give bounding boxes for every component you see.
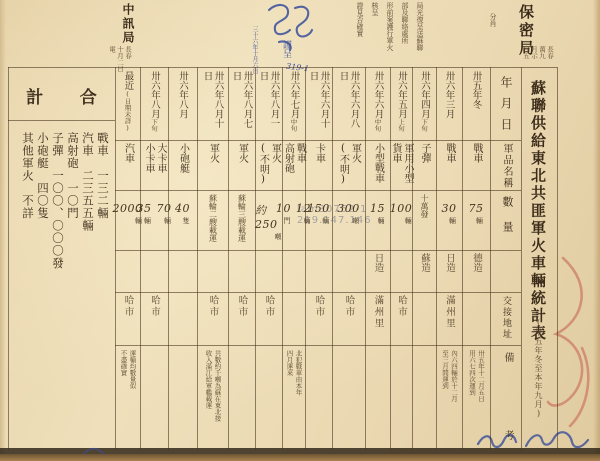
qty-group: 100輛 [390, 194, 413, 248]
date-text: 卅六年七月中旬 [288, 71, 300, 137]
remark-text: 共數約千噸為蘇在東北接 收入滿江給軍艦載運 [204, 350, 222, 448]
qty-group: 約250噸 [255, 194, 282, 248]
cell-qty-3: 100輛 [390, 194, 412, 248]
cell-qty-13: 2000輛 [115, 194, 140, 248]
cell-item-8: 軍火 (不明) [255, 143, 282, 188]
date-text: 卅六年八月下旬 [148, 71, 160, 137]
cell-item-1: 戰車 [436, 143, 462, 188]
cell-origin-1: 日造 [436, 253, 462, 290]
cell-qty-0: 75輛 [462, 194, 490, 248]
grid-vline [490, 67, 491, 450]
location-text: 哈市 [121, 295, 135, 343]
item-text: 軍火 [207, 143, 219, 188]
qty-number: 30輛 [442, 202, 457, 226]
grid-hline [115, 345, 521, 346]
document-title: 蘇聯供給東北共匪軍火車輛統計表 [528, 80, 549, 343]
cell-date-5: 卅六年六月八日 [332, 71, 365, 137]
cell-item-10: 軍火 [197, 143, 228, 188]
grid-vline [521, 67, 522, 450]
date-sub-text: 下旬 [420, 119, 428, 132]
cell-item-9: 軍火 [228, 143, 255, 188]
date-text: 卅六年六月十日 [308, 71, 330, 137]
cell-qty-7: 12輛10門 [282, 194, 305, 248]
cell-date-4: 卅六年六月中旬 [365, 71, 390, 137]
item-text: 戰車 高射砲 [282, 143, 306, 188]
qty-group: 75輛 [469, 194, 484, 248]
cell-item-3: 軍用小型 貨車 [390, 143, 412, 188]
qty-unit: 輛 [296, 216, 311, 226]
date-text: 卅六年八月十日 [202, 71, 224, 137]
qty-number: 2000輛 [113, 202, 143, 226]
qty-text: 蘇輪二艘載運 [208, 194, 218, 248]
cell-item-0: 戰車 [462, 143, 490, 188]
cell-date-9: 卅六年八月七日 [228, 71, 255, 137]
item-text: 戰車 [470, 143, 482, 188]
cell-qty-12: 70輛35輛 [140, 194, 168, 248]
grid-hline [115, 250, 521, 251]
cell-qty-4: 15輛 [365, 194, 390, 248]
cell-item-2: 子彈 [412, 143, 436, 188]
scanned-document-page: lam30752-1 219.147.146 保密局 分肖 長春 萬九 月示 日… [0, 0, 600, 461]
ink-annotation: 局光復呈送蘇聯 部及聯絡處所 形前案護行軍火 核呈 證見否確實 [352, 2, 427, 51]
cell-date-7: 卅六年七月中旬 [282, 71, 305, 137]
cell-item-11: 小砲艇 [168, 143, 197, 188]
cell-origin-2: 蘇造 [412, 253, 436, 290]
origin-text: 日造 [442, 253, 456, 290]
totals-header: 合計 [8, 70, 115, 120]
qty-number: 12輛 [296, 202, 311, 226]
cell-location-12: 哈市 [140, 295, 168, 343]
qty-group: 15輛 [370, 194, 385, 248]
date-text: 卅六年四月下旬 [418, 71, 430, 137]
date-sub-text: 中旬 [290, 119, 298, 132]
origin-text: 蘇造 [417, 253, 431, 290]
cell-location-1: 滿州里 [436, 295, 462, 343]
item-text: 大卡車 小卡車 [142, 143, 166, 188]
location-text: 哈市 [394, 295, 408, 343]
item-text: 戰車 [443, 143, 455, 188]
cell-origin-0: 德造 [462, 253, 490, 290]
location-text: 哈市 [312, 295, 326, 343]
totals-header-char: 計 [26, 83, 43, 108]
cell-item-13: 汽車 [115, 143, 140, 188]
qty-number: 70輛 [157, 202, 172, 226]
date-sub-text: 中旬 [374, 119, 382, 132]
item-text: 汽車 [122, 143, 134, 188]
cell-location-6: 哈市 [305, 295, 332, 343]
qty-unit: 輛 [113, 216, 143, 226]
qty-unit: 輛 [370, 216, 385, 226]
origin-text: 日造 [371, 253, 385, 290]
qty-unit: 噸 [255, 232, 282, 242]
cell-date-8: 卅六年八月一日 [255, 71, 282, 137]
qty-group: 2000輛 [113, 194, 143, 248]
remark-text: 內六四輛於十二月 至三月間運到 [440, 350, 458, 448]
qty-number: 75輛 [469, 202, 484, 226]
date-text: 卅五年冬 [471, 71, 482, 137]
cell-qty-8: 約250噸 [255, 194, 282, 248]
row-header-remark-top: 備 [500, 352, 515, 362]
origin-text: 德造 [469, 253, 483, 290]
grid-hline [115, 190, 521, 191]
item-text: 軍火 (不明) [257, 143, 281, 188]
cell-item-7: 戰車 高射砲 [282, 143, 305, 188]
grid-hline-totals [8, 120, 115, 121]
location-text: 哈市 [235, 295, 249, 343]
cell-item-4: 小型戰車 [365, 143, 390, 188]
date-sub-text: 上旬 [397, 119, 405, 132]
cell-date-2: 卅六年四月下旬 [412, 71, 436, 137]
qty-number: 15輛 [370, 202, 385, 226]
filing-note: 長春 萬九 月示 日五 [522, 46, 554, 59]
date-text: 卅六年五月上旬 [395, 71, 407, 137]
cell-remark-13: 運輸均數量似 不盡確實 [115, 350, 140, 448]
cell-qty-10: 蘇輪二艘載運 [197, 194, 228, 248]
qty-unit: 噸 [337, 216, 360, 226]
qty-number: 40隻 [175, 202, 190, 226]
cell-date-0: 卅五年冬 [462, 71, 490, 137]
cell-location-4: 滿州里 [365, 295, 390, 343]
bureau-stamp-side-note: 分肖 [488, 13, 498, 27]
cell-qty-11: 40隻 [168, 194, 197, 248]
cell-location-10: 哈市 [197, 295, 228, 343]
qty-unit: 輛 [469, 216, 484, 226]
cell-date-1: 卅六年三月 [436, 71, 462, 137]
date-text: 最近(日期未詳) [122, 71, 134, 137]
cell-remark-1: 內六四輛於十二月 至三月間運到 [436, 350, 462, 448]
cell-location-8: 哈市 [255, 295, 282, 343]
date-sub-text: (日期未詳) [124, 90, 132, 132]
cell-remark-10: 共數約千噸為蘇在東北接 收入滿江給軍艦載運 [197, 350, 228, 448]
qty-group: 30輛 [442, 194, 457, 248]
cell-remark-0: 卅五年十二月五日 用六七四次運到 [462, 350, 490, 448]
date-text: 卅六年六月中旬 [372, 71, 384, 137]
location-text: 滿州里 [371, 295, 385, 343]
cell-date-6: 卅六年六月十日 [305, 71, 332, 137]
item-text: 軍火 (不明) [337, 143, 361, 188]
grid-hline [115, 140, 521, 141]
location-text: 哈市 [342, 295, 356, 343]
grid-vline [8, 67, 9, 450]
agency-stamp: 中訊局 [120, 3, 137, 45]
row-header-location: 交接地址 [500, 296, 513, 340]
cell-item-12: 大卡車 小卡車 [140, 143, 168, 188]
location-text: 哈市 [206, 295, 220, 343]
cell-qty-5: 300噸 [332, 194, 365, 248]
row-header-remark-bottom: 考 [500, 430, 515, 440]
item-text: 軍用小型 貨車 [389, 143, 413, 188]
cell-item-5: 軍火 (不明) [332, 143, 365, 188]
cell-location-9: 哈市 [228, 295, 255, 343]
grid-hline [115, 292, 521, 293]
cell-date-10: 卅六年八月十日 [197, 71, 228, 137]
item-text: 子彈 [418, 143, 430, 188]
totals-header-char: 合 [80, 83, 97, 108]
qty-text: 蘇輪三艘載運 [237, 194, 247, 248]
location-text: 哈市 [147, 295, 161, 343]
qty-group: 300噸 [337, 194, 360, 248]
row-header-item: 軍品名稱 [499, 143, 514, 189]
item-text: 小型戰車 [372, 143, 384, 188]
date-text: 卅六年八月七日 [231, 71, 253, 137]
date-text: 卅六年三月 [444, 71, 455, 137]
paper-left-edge [0, 0, 6, 461]
grid-vline [557, 67, 558, 450]
date-sub-text: 下旬 [150, 119, 158, 132]
qty-number: 100輛 [390, 202, 413, 226]
date-text: 卅六年六月八日 [338, 71, 360, 137]
date-text: 卅六年八月一日 [258, 71, 280, 137]
remark-text: 卅五年十二月五日 用六七四次運到 [467, 350, 485, 448]
row-header-date: 年月日 [498, 76, 515, 139]
cell-date-11: 卅六年八月 [168, 71, 197, 137]
cell-remark-7: 北犯戰車由本年 四月運來 [282, 350, 305, 448]
cell-qty-9: 蘇輪三艘載運 [228, 194, 255, 248]
cell-origin-4: 日造 [365, 253, 390, 290]
grid-hline-top [8, 67, 557, 68]
date-text: 卅六年八月 [177, 71, 188, 137]
remark-text: 運輸均數量似 不盡確實 [119, 350, 137, 448]
item-text: 卡車 [313, 143, 325, 188]
cell-date-3: 卅六年五月上旬 [390, 71, 412, 137]
cell-date-13: 最近(日期未詳) [115, 71, 140, 137]
location-text: 哈市 [262, 295, 276, 343]
document-title-note: (卅五年冬至本年九月) [533, 318, 544, 419]
qty-number: 300噸 [337, 202, 360, 226]
location-text: 滿州里 [442, 295, 456, 343]
row-header-qty: 數量 [499, 196, 515, 246]
item-text: 軍火 [236, 143, 248, 188]
cell-location-5: 哈市 [332, 295, 365, 343]
cell-location-3: 哈市 [390, 295, 412, 343]
blue-scribble-bottom-left [80, 442, 110, 461]
qty-unit: 輛 [157, 216, 172, 226]
cell-item-6: 卡車 [305, 143, 332, 188]
item-text: 小砲艇 [177, 143, 189, 188]
qty-group: 40隻 [175, 194, 190, 248]
qty-unit: 輛 [442, 216, 457, 226]
qty-number: 約250噸 [255, 202, 282, 242]
blue-submit-note: 謹呈 [280, 40, 293, 58]
cell-location-13: 哈市 [115, 295, 140, 343]
cell-qty-2: 十萬發 [412, 194, 436, 248]
cell-qty-1: 30輛 [436, 194, 462, 248]
totals-body: 戰車 一三二輛 汽車 二三五五輛 高射砲 一〇門 子彈 一〇〇、〇〇〇發 小砲艇… [14, 132, 110, 270]
cell-date-12: 卅六年八月下旬 [140, 71, 168, 137]
qty-text: 十萬發 [419, 194, 429, 248]
qty-unit: 隻 [175, 216, 190, 226]
qty-unit: 輛 [390, 216, 413, 226]
remark-text: 北犯戰車由本年 四月運來 [285, 350, 303, 448]
